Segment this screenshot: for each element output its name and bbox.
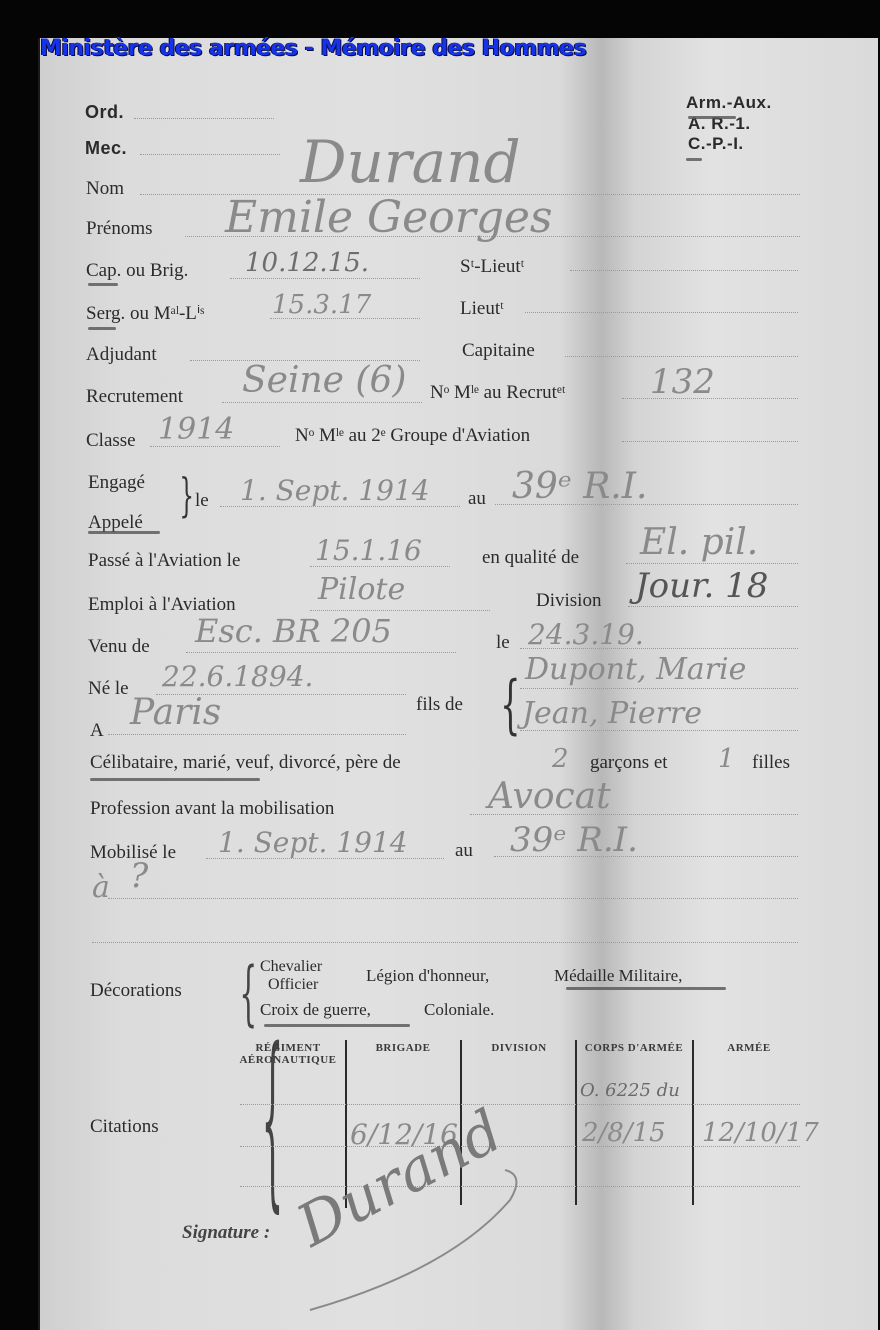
classe-value: 1914: [158, 412, 234, 447]
classe-label: Classe: [86, 430, 136, 452]
capitaine-label: Capitaine: [462, 340, 535, 362]
mobilise-au-label: au: [455, 840, 473, 862]
profession-value: Avocat: [488, 776, 611, 817]
corner-arm-aux: Arm.-Aux.: [686, 93, 772, 113]
citation-corps-row2: 2/8/15: [582, 1118, 666, 1148]
profession-label: Profession avant la mobilisation: [90, 798, 334, 820]
col-divider-4: [692, 1040, 694, 1205]
ne-label: Né le: [88, 678, 129, 700]
mec-line: [140, 154, 280, 155]
medaille-militaire-label: Médaille Militaire,: [554, 966, 682, 986]
blank-line: [92, 942, 798, 943]
venu-date: 24.3.19.: [528, 618, 644, 651]
corner-cpi: C.-P.-I.: [688, 134, 744, 154]
decorations-label: Décorations: [90, 980, 182, 1002]
prenoms-label: Prénoms: [86, 218, 153, 240]
recrutement-line: [222, 402, 422, 403]
medaille-underline: [566, 987, 726, 990]
prenoms-value: Emile Georges: [225, 192, 553, 243]
signature-label: Signature :: [182, 1222, 270, 1244]
division-line: [628, 606, 798, 607]
capitaine-line: [565, 356, 798, 357]
corner-mark: [686, 158, 702, 161]
mobilise-unit: 39ᵉ R.I.: [510, 820, 638, 860]
source-banner: Ministère des armées - Mémoire des Homme…: [40, 36, 586, 61]
qualite-label: en qualité de: [482, 547, 579, 569]
engage-date: 1. Sept. 1914: [240, 474, 430, 507]
garcons-label: garçons et: [590, 752, 668, 774]
engage-unit: 39ᵉ R.I.: [512, 466, 647, 507]
garcons-value: 2: [552, 744, 569, 774]
decorations-brace: {: [239, 952, 257, 1034]
emploi-value: Pilote: [318, 572, 405, 607]
filles-value: 1: [718, 744, 735, 774]
signature-flourish: [300, 1160, 540, 1320]
mobilise-a-line: [108, 898, 798, 899]
no-recrut-label: Nᵒ Mˡᵉ au Recrutᵉᵗ: [430, 382, 565, 404]
mobilise-value: 1. Sept. 1914: [218, 826, 408, 859]
division-label: Division: [536, 590, 601, 612]
no-groupe-label: Nᵒ Mˡᵉ au 2ᵉ Groupe d'Aviation: [295, 425, 530, 447]
col-regiment-aeronautique: RÉGIMENT AÉRONAUTIQUE: [232, 1042, 344, 1066]
ne-value: 22.6.1894.: [162, 660, 313, 693]
lieut-label: Lieutᵗ: [460, 298, 504, 320]
col-division: DIVISION: [464, 1042, 574, 1054]
corner-underline: [688, 116, 736, 119]
mobilise-a-value: ?: [130, 856, 148, 896]
citations-label: Citations: [90, 1116, 159, 1138]
ord-label: Ord.: [85, 102, 124, 123]
croix-underline: [264, 1024, 410, 1027]
serg-value: 15.3.17: [272, 290, 371, 320]
serg-underline: [88, 327, 116, 330]
recrutement-label: Recrutement: [86, 386, 183, 408]
col-divider-3: [575, 1040, 577, 1205]
appele-underline: [88, 531, 160, 534]
father-line: [520, 688, 798, 689]
father-value: Dupont, Marie: [525, 652, 746, 687]
qualite-value: El. pil.: [640, 522, 758, 563]
cap-underline: [88, 283, 118, 286]
nom-label: Nom: [86, 178, 124, 200]
coloniale-label: Coloniale.: [424, 1000, 494, 1020]
venu-le-label: le: [496, 632, 510, 654]
emploi-line: [310, 610, 490, 611]
fils-de-label: fils de: [416, 694, 463, 716]
mobilise-a-label: à: [92, 870, 110, 905]
division-value: Jour. 18: [635, 566, 768, 606]
cap-brig-line: [230, 278, 420, 279]
engage-au-label: au: [468, 488, 486, 510]
adjudant-label: Adjudant: [86, 344, 157, 366]
col-armee: ARMÉE: [694, 1042, 804, 1054]
venu-label: Venu de: [88, 636, 150, 658]
filles-label: filles: [752, 752, 790, 774]
col-brigade: BRIGADE: [348, 1042, 458, 1054]
cap-brig-label: Cap. ou Brig.: [86, 260, 188, 282]
birthplace-value: Paris: [130, 692, 221, 733]
cap-brig-value: 10.12.15.: [245, 248, 369, 278]
venu-value: Esc. BR 205: [195, 612, 392, 650]
passe-label: Passé à l'Aviation le: [88, 550, 240, 572]
chevalier-label: Chevalier: [260, 958, 322, 976]
a-line: [108, 734, 406, 735]
qualite-line: [626, 563, 798, 564]
engage-label: Engagé: [88, 472, 145, 494]
venu-line: [186, 652, 456, 653]
s-lieut-line: [570, 270, 798, 271]
citations-row-1-line: [240, 1104, 800, 1105]
nom-value: Durand: [300, 128, 521, 196]
marie-underline: [90, 778, 260, 781]
ord-line: [134, 118, 274, 119]
no-groupe-line: [622, 441, 798, 442]
citation-corps-row1: O. 6225 du: [580, 1080, 680, 1101]
etat-civil-text: Célibataire, marié, veuf, divorcé, père …: [90, 752, 401, 774]
recrutement-value: Seine (6): [242, 360, 406, 401]
no-recrut-value: 132: [650, 362, 715, 402]
col-corps-armee: CORPS D'ARMÉE: [578, 1042, 690, 1054]
engage-brace: }: [179, 468, 194, 522]
s-lieut-label: Sᵗ-Lieutᵗ: [460, 256, 524, 278]
legion-label: Légion d'honneur,: [366, 966, 489, 986]
passe-value: 15.1.16: [315, 534, 422, 567]
officier-label: Officier: [268, 976, 318, 994]
mother-value: Jean, Pierre: [522, 696, 702, 731]
citation-armee-row2: 12/10/17: [702, 1118, 819, 1148]
a-label: A: [90, 720, 104, 742]
engage-le-label: le: [195, 490, 209, 512]
mec-label: Mec.: [85, 138, 127, 159]
serg-label: Serg. ou Mᵃˡ-Lⁱˢ: [86, 302, 204, 325]
lieut-line: [525, 312, 798, 313]
parents-brace: {: [500, 668, 520, 742]
